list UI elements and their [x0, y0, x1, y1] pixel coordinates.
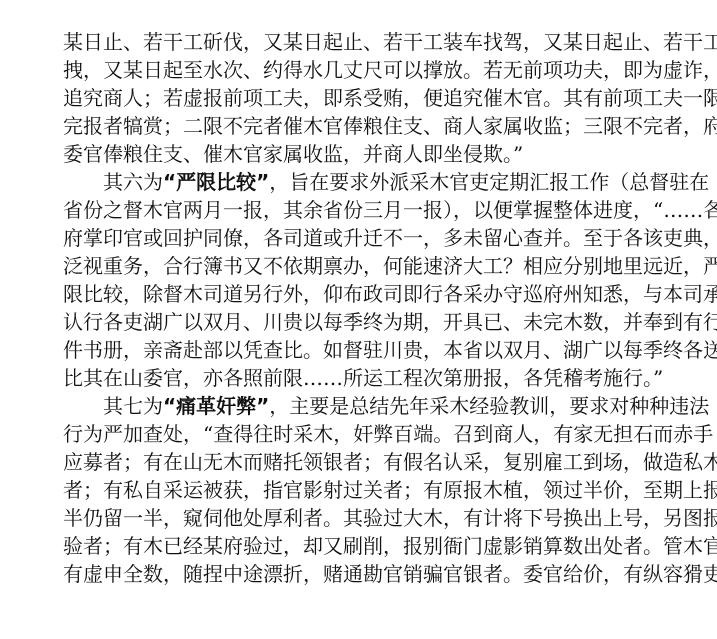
line-text: ，旨在要求外派采木官吏定期汇报工作（总督驻在: [269, 170, 709, 194]
paragraph-lead: 其六为: [103, 170, 163, 194]
text-line: 限比较，除督木司道另行外，仰布政司即行各采办守巡府州知悉，与本司承: [63, 280, 657, 308]
text-line: 拽，又某日起至水次、约得水几丈尺可以撑放。若无前项功夫，即为虚诈，便: [63, 56, 657, 84]
bold-term: “严限比较”: [163, 170, 269, 194]
text-line: 某日止、若干工斫伐，又某日起止、若干工装车找驾，又某日起止、若干工拖: [63, 28, 657, 56]
paragraph-lead: 其七为: [103, 394, 163, 418]
text-line: 省份之督木官两月一报，其余省份三月一报），以便掌握整体进度，“……各: [63, 196, 657, 224]
text-line: 完报者犒赏；二限不完者催木官俸粮住支、商人家属收监；三限不完者，府卫: [63, 112, 657, 140]
text-line: 件书册，亲斋赴部以凭查比。如督驻川贵，本省以双月、湖广以每季终各送。: [63, 336, 657, 364]
text-line: 行为严加查处，“查得往时采木，奸弊百端。召到商人，有家无担石而赤手: [63, 420, 657, 448]
paragraph-continuation: 某日止、若干工斫伐，又某日起止、若干工装车找驾，又某日起止、若干工拖 拽，又某日…: [63, 28, 657, 168]
text-line: 泛视重务，合行簿书又不依期禀办，何能速济大工？相应分别地里远近，严: [63, 252, 657, 280]
text-line: 有虚申全数，随捏中途漂折，赌通勘官销骗官银者。委官给价，有纵容猾吏: [63, 560, 657, 588]
text-line: 府掌印官或回护同僚，各司道或升迁不一，多未留心查并。至于各该吏典，: [63, 224, 657, 252]
text-line: 应募者；有在山无木而赌托领银者；有假名认采，复别雇工到场，做造私木: [63, 448, 657, 476]
bold-term: “痛革奸弊”: [163, 394, 269, 418]
text-line: 认行各吏湖广以双月、川贵以每季终为期，开具已、未完木数，并奉到有行事: [63, 308, 657, 336]
document-page: 某日止、若干工斫伐，又某日起止、若干工装车找驾，又某日起止、若干工拖 拽，又某日…: [63, 28, 657, 588]
text-line: 其七为“痛革奸弊”，主要是总结先年采木经验教训，要求对种种违法: [63, 392, 657, 420]
text-line: 其六为“严限比较”，旨在要求外派采木官吏定期汇报工作（总督驻在: [63, 168, 657, 196]
text-line: 追究商人；若虚报前项工夫，即系受贿，便追究催木官。其有前项工夫一限: [63, 84, 657, 112]
text-line: 委官俸粮住支、催木官家属收监，并商人即坐侵欺。”: [63, 140, 657, 168]
line-text: ，主要是总结先年采木经验教训，要求对种种违法: [269, 394, 709, 418]
text-line: 验者；有木已经某府验过，却又刷削，报别衙门虚影销算数出处者。管木官: [63, 532, 657, 560]
text-line: 半仍留一半，窥伺他处厚利者。其验过大木，有计将下号换出上号，另图报: [63, 504, 657, 532]
paragraph-strict-comparison: 其六为“严限比较”，旨在要求外派采木官吏定期汇报工作（总督驻在 省份之督木官两月…: [63, 168, 657, 392]
text-line: 比其在山委官，亦各照前限……所运工程次第册报，各凭稽考施行。”: [63, 364, 657, 392]
paragraph-eradicate-abuses: 其七为“痛革奸弊”，主要是总结先年采木经验教训，要求对种种违法 行为严加查处，“…: [63, 392, 657, 588]
text-line: 者；有私自采运被获，指官影射过关者；有原报木植，领过半价，至期上报一: [63, 476, 657, 504]
